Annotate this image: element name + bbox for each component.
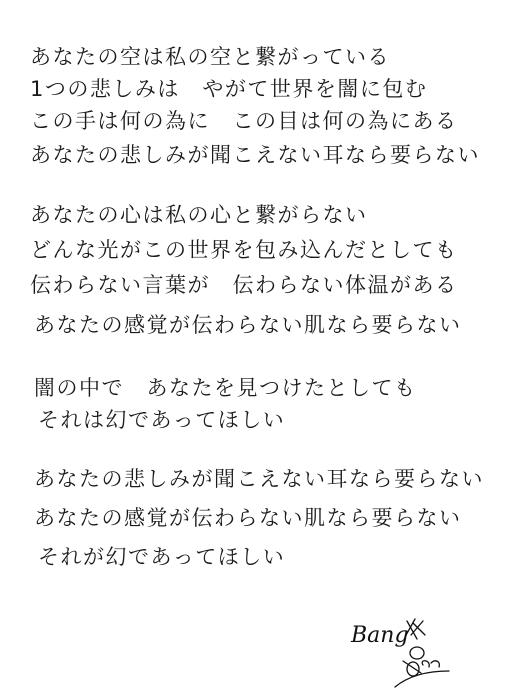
lyric-line: あなたの感覚が伝わらない肌なら要らない xyxy=(34,312,462,338)
lyric-line: それは幻であってほしい xyxy=(38,407,285,433)
lyric-line: あなたの空は私の空と繋がっている xyxy=(30,44,390,70)
lyric-line: あなたの悲しみが聞こえない耳なら要らない xyxy=(34,466,484,492)
lyric-line: 伝わらない言葉が 伝わらない体温がある xyxy=(30,272,458,298)
lyric-line: あなたの感覚が伝わらない肌なら要らない xyxy=(34,505,462,531)
lyric-line: どんな光がこの世界を包み込んだとしても xyxy=(30,237,458,263)
lyrics-sheet: あなたの空は私の空と繋がっている 1つの悲しみは やがて世界を闇に包む この手は… xyxy=(0,0,525,700)
signature: Bang xyxy=(345,615,465,690)
lyric-line: この手は何の為に この目は何の為にある xyxy=(30,108,458,134)
lyric-line: 闇の中で あなたを見つけたとしても xyxy=(34,375,417,401)
lyric-line: 1つの悲しみは やがて世界を闇に包む xyxy=(30,76,427,102)
lyric-line: あなたの心は私の心と繋がらない xyxy=(30,202,368,228)
lyric-line: それが幻であってほしい xyxy=(38,544,285,570)
signature-text: Bang xyxy=(351,623,409,648)
lyric-line: あなたの悲しみが聞こえない耳なら要らない xyxy=(30,142,480,168)
